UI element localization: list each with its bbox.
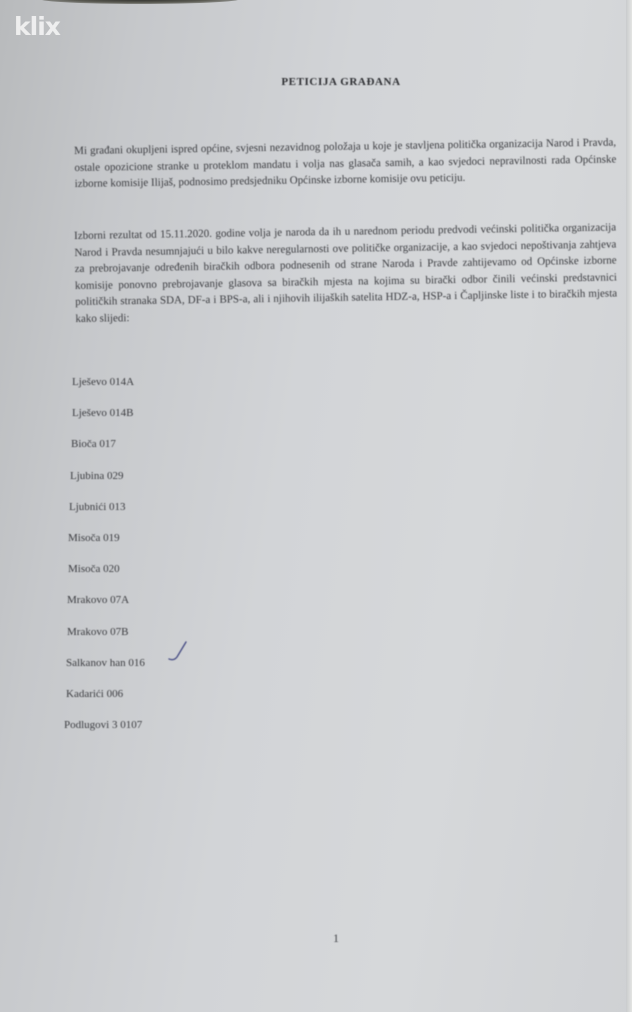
list-item: Mrakovo 07A — [66, 592, 145, 623]
list-item: Misoča 019 — [66, 530, 145, 561]
list-item: Salkanov han 016 — [66, 655, 145, 686]
list-item: Podlugovi 3 0107 — [64, 717, 145, 748]
paragraph-intro: Mi građani okupljeni ispred općine, svje… — [74, 134, 617, 192]
list-item: Ljubina 029 — [66, 468, 145, 499]
klix-watermark-logo: klix — [14, 12, 60, 41]
list-item: Lješevo 014B — [66, 405, 145, 436]
list-item: Misoča 020 — [66, 561, 145, 592]
document-title: PETICIJA GRAĐANA — [0, 76, 632, 88]
petition-document: PETICIJA GRAĐANA Mi građani okupljeni is… — [0, 0, 632, 1012]
list-item: Kadarići 006 — [66, 686, 145, 717]
list-item: Lješevo 014A — [66, 374, 145, 405]
list-item: Bioča 017 — [66, 436, 145, 467]
page-number: 1 — [333, 931, 339, 946]
document-photo: PETICIJA GRAĐANA Mi građani okupljeni is… — [0, 0, 632, 1012]
polling-station-list: Lješevo 014A Lješevo 014B Bioča 017 Ljub… — [66, 374, 145, 748]
list-item: Mrakovo 07B — [66, 624, 145, 655]
handwritten-checkmark-icon — [168, 640, 188, 662]
list-item: Ljubnići 013 — [66, 499, 145, 530]
paragraph-request: Izborni rezultat od 15.11.2020. godine v… — [74, 219, 617, 327]
